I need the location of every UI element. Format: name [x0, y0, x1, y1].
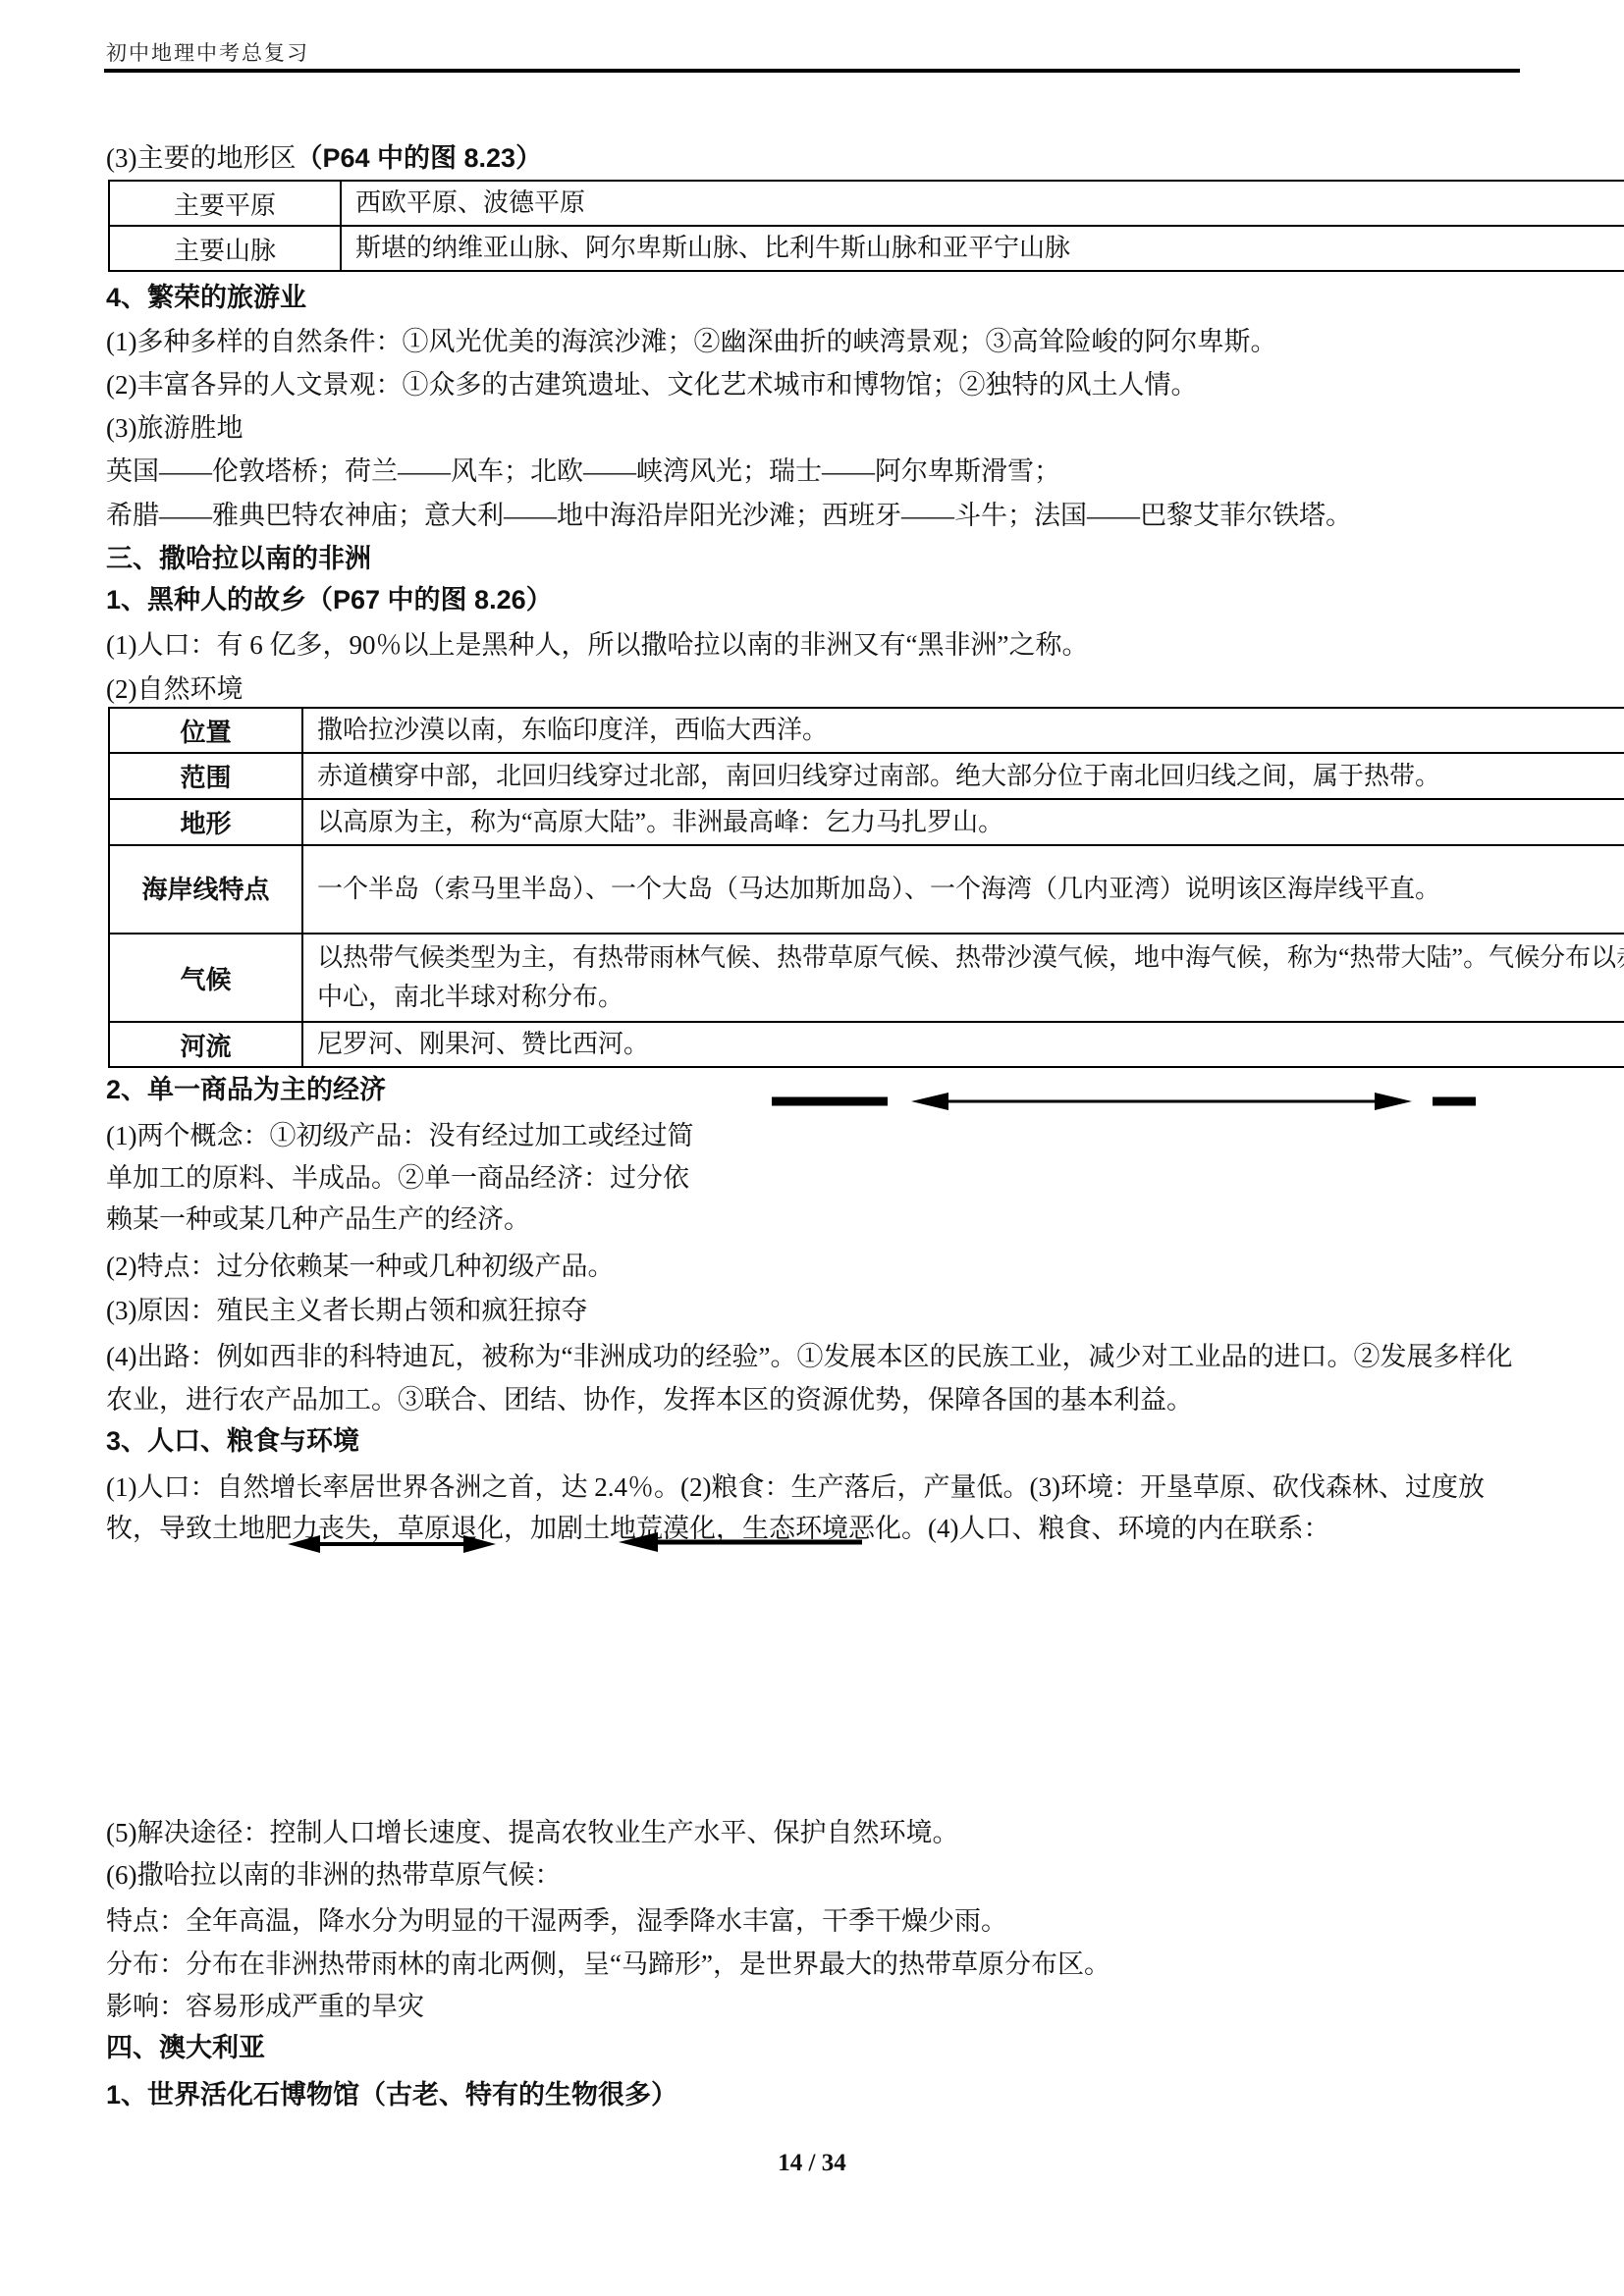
savanna-intro: (6)撒哈拉以南的非洲的热带草原气候：	[106, 1857, 1516, 1893]
economy-point: (2)特点：过分依赖某一种或几种初级产品。	[106, 1249, 1516, 1284]
table-row: 地形 以高原为主，称为“高原大陆”。非洲最高峰：乞力马扎罗山。	[109, 799, 1624, 845]
row-label: 主要山脉	[109, 226, 341, 271]
terrain-intro-text: (3)主要的地形区	[106, 143, 296, 173]
page-number: 14 / 34	[0, 2150, 1624, 2177]
row-label: 主要平原	[109, 181, 341, 226]
table-row: 范围 赤道横穿中部，北回归线穿过北部，南回归线穿过南部。绝大部分位于南北回归线之…	[109, 753, 1624, 799]
row-value: 以热带气候类型为主，有热带雨林气候、热带草原气候、热带沙漠气候，地中海气候，称为…	[302, 934, 1624, 1022]
africa-heading: 三、撒哈拉以南的非洲	[106, 541, 1516, 576]
row-label: 范围	[109, 753, 302, 799]
hometown-heading: 1、黑种人的故乡（P67 中的图 8.26）	[106, 582, 1516, 617]
population-line: (1)人口：有 6 亿多，90％以上是黑种人，所以撒哈拉以南的非洲又有“黑非洲”…	[106, 627, 1516, 663]
terrain-table: 主要平原 西欧平原、波德平原 主要山脉 斯堪的纳维亚山脉、阿尔卑斯山脉、比利牛斯…	[108, 180, 1624, 272]
economy-heading: 2、单一商品为主的经济	[106, 1072, 1516, 1107]
terrain-intro: (3)主要的地形区（P64 中的图 8.23）	[106, 140, 1516, 176]
header-rule	[104, 69, 1520, 73]
header-title: 初中地理中考总复习	[106, 41, 309, 65]
savanna-impact: 影响：容易形成严重的旱灾	[106, 1989, 1516, 2024]
tourism-line: 希腊——雅典巴特农神庙；意大利——地中海沿岸阳光沙滩；西班牙——斗牛；法国——巴…	[106, 498, 1516, 533]
row-label: 气候	[109, 934, 302, 1022]
population-food-env-heading: 3、人口、粮食与环境	[106, 1423, 1516, 1459]
table-row: 主要平原 西欧平原、波德平原	[109, 181, 1624, 226]
row-value: 斯堪的纳维亚山脉、阿尔卑斯山脉、比利牛斯山脉和亚平宁山脉	[341, 226, 1624, 271]
table-row: 位置 撒哈拉沙漠以南，东临印度洋，西临大西洋。	[109, 708, 1624, 753]
terrain-intro-figure-ref: （P64 中的图 8.23）	[296, 143, 542, 173]
population-food-env-paragraph: (1)人口：自然增长率居世界各洲之首，达 2.4％。(2)粮食：生产落后，产量低…	[106, 1467, 1516, 1549]
table-row: 主要山脉 斯堪的纳维亚山脉、阿尔卑斯山脉、比利牛斯山脉和亚平宁山脉	[109, 226, 1624, 271]
row-label: 地形	[109, 799, 302, 845]
row-value: 一个半岛（索马里半岛）、一个大岛（马达加斯加岛）、一个海湾（几内亚湾）说明该区海…	[302, 845, 1624, 934]
row-label: 海岸线特点	[109, 845, 302, 934]
economy-point: (4)出路：例如西非的科特迪瓦，被称为“非洲成功的经验”。①发展本区的民族工业，…	[106, 1335, 1516, 1421]
table-row: 气候 以热带气候类型为主，有热带雨林气候、热带草原气候、热带沙漠气候，地中海气候…	[109, 934, 1624, 1022]
tourism-line: (3)旅游胜地	[106, 410, 1516, 446]
row-value: 尼罗河、刚果河、赞比西河。	[302, 1022, 1624, 1067]
economy-line: 单加工的原料、半成品。②单一商品经济：过分依	[106, 1160, 1516, 1196]
row-label: 河流	[109, 1022, 302, 1067]
table-row: 海岸线特点 一个半岛（索马里半岛）、一个大岛（马达加斯加岛）、一个海湾（几内亚湾…	[109, 845, 1624, 934]
economy-line: 赖某一种或某几种产品生产的经济。	[106, 1201, 1516, 1237]
document-page: 初中地理中考总复习 (3)主要的地形区（P64 中的图 8.23） 主要平原 西…	[0, 0, 1624, 2296]
tourism-line: (2)丰富各异的人文景观：①众多的古建筑遗址、文化艺术城市和博物馆；②独特的风土…	[106, 367, 1516, 402]
economy-line: (1)两个概念：①初级产品：没有经过加工或经过简	[106, 1118, 1516, 1153]
tourism-heading: 4、繁荣的旅游业	[106, 280, 1516, 315]
museum-heading: 1、世界活化石博物馆（古老、特有的生物很多）	[106, 2077, 1516, 2112]
row-label: 位置	[109, 708, 302, 753]
row-value: 撒哈拉沙漠以南，东临印度洋，西临大西洋。	[302, 708, 1624, 753]
environment-table: 位置 撒哈拉沙漠以南，东临印度洋，西临大西洋。 范围 赤道横穿中部，北回归线穿过…	[108, 707, 1624, 1068]
economy-point: (3)原因：殖民主义者长期占领和疯狂掠夺	[106, 1293, 1516, 1328]
document-header: 初中地理中考总复习	[106, 37, 309, 67]
table-row: 河流 尼罗河、刚果河、赞比西河。	[109, 1022, 1624, 1067]
savanna-distribution: 分布：分布在非洲热带雨林的南北两侧，呈“马蹄形”，是世界最大的热带草原分布区。	[106, 1947, 1516, 1982]
australia-heading: 四、澳大利亚	[106, 2030, 1516, 2065]
row-value: 西欧平原、波德平原	[341, 181, 1624, 226]
tourism-line: (1)多种多样的自然条件：①风光优美的海滨沙滩；②幽深曲折的峡湾景观；③高耸险峻…	[106, 324, 1516, 359]
savanna-features: 特点：全年高温，降水分为明显的干湿两季，湿季降水丰富，干季干燥少雨。	[106, 1903, 1516, 1939]
solutions-line: (5)解决途径：控制人口增长速度、提高农牧业生产水平、保护自然环境。	[106, 1815, 1516, 1850]
row-value: 以高原为主，称为“高原大陆”。非洲最高峰：乞力马扎罗山。	[302, 799, 1624, 845]
natural-env-label: (2)自然环境	[106, 671, 1516, 707]
tourism-line: 英国——伦敦塔桥；荷兰——风车；北欧——峡湾风光；瑞士——阿尔卑斯滑雪；	[106, 454, 1516, 489]
row-value: 赤道横穿中部，北回归线穿过北部，南回归线穿过南部。绝大部分位于南北回归线之间，属…	[302, 753, 1624, 799]
